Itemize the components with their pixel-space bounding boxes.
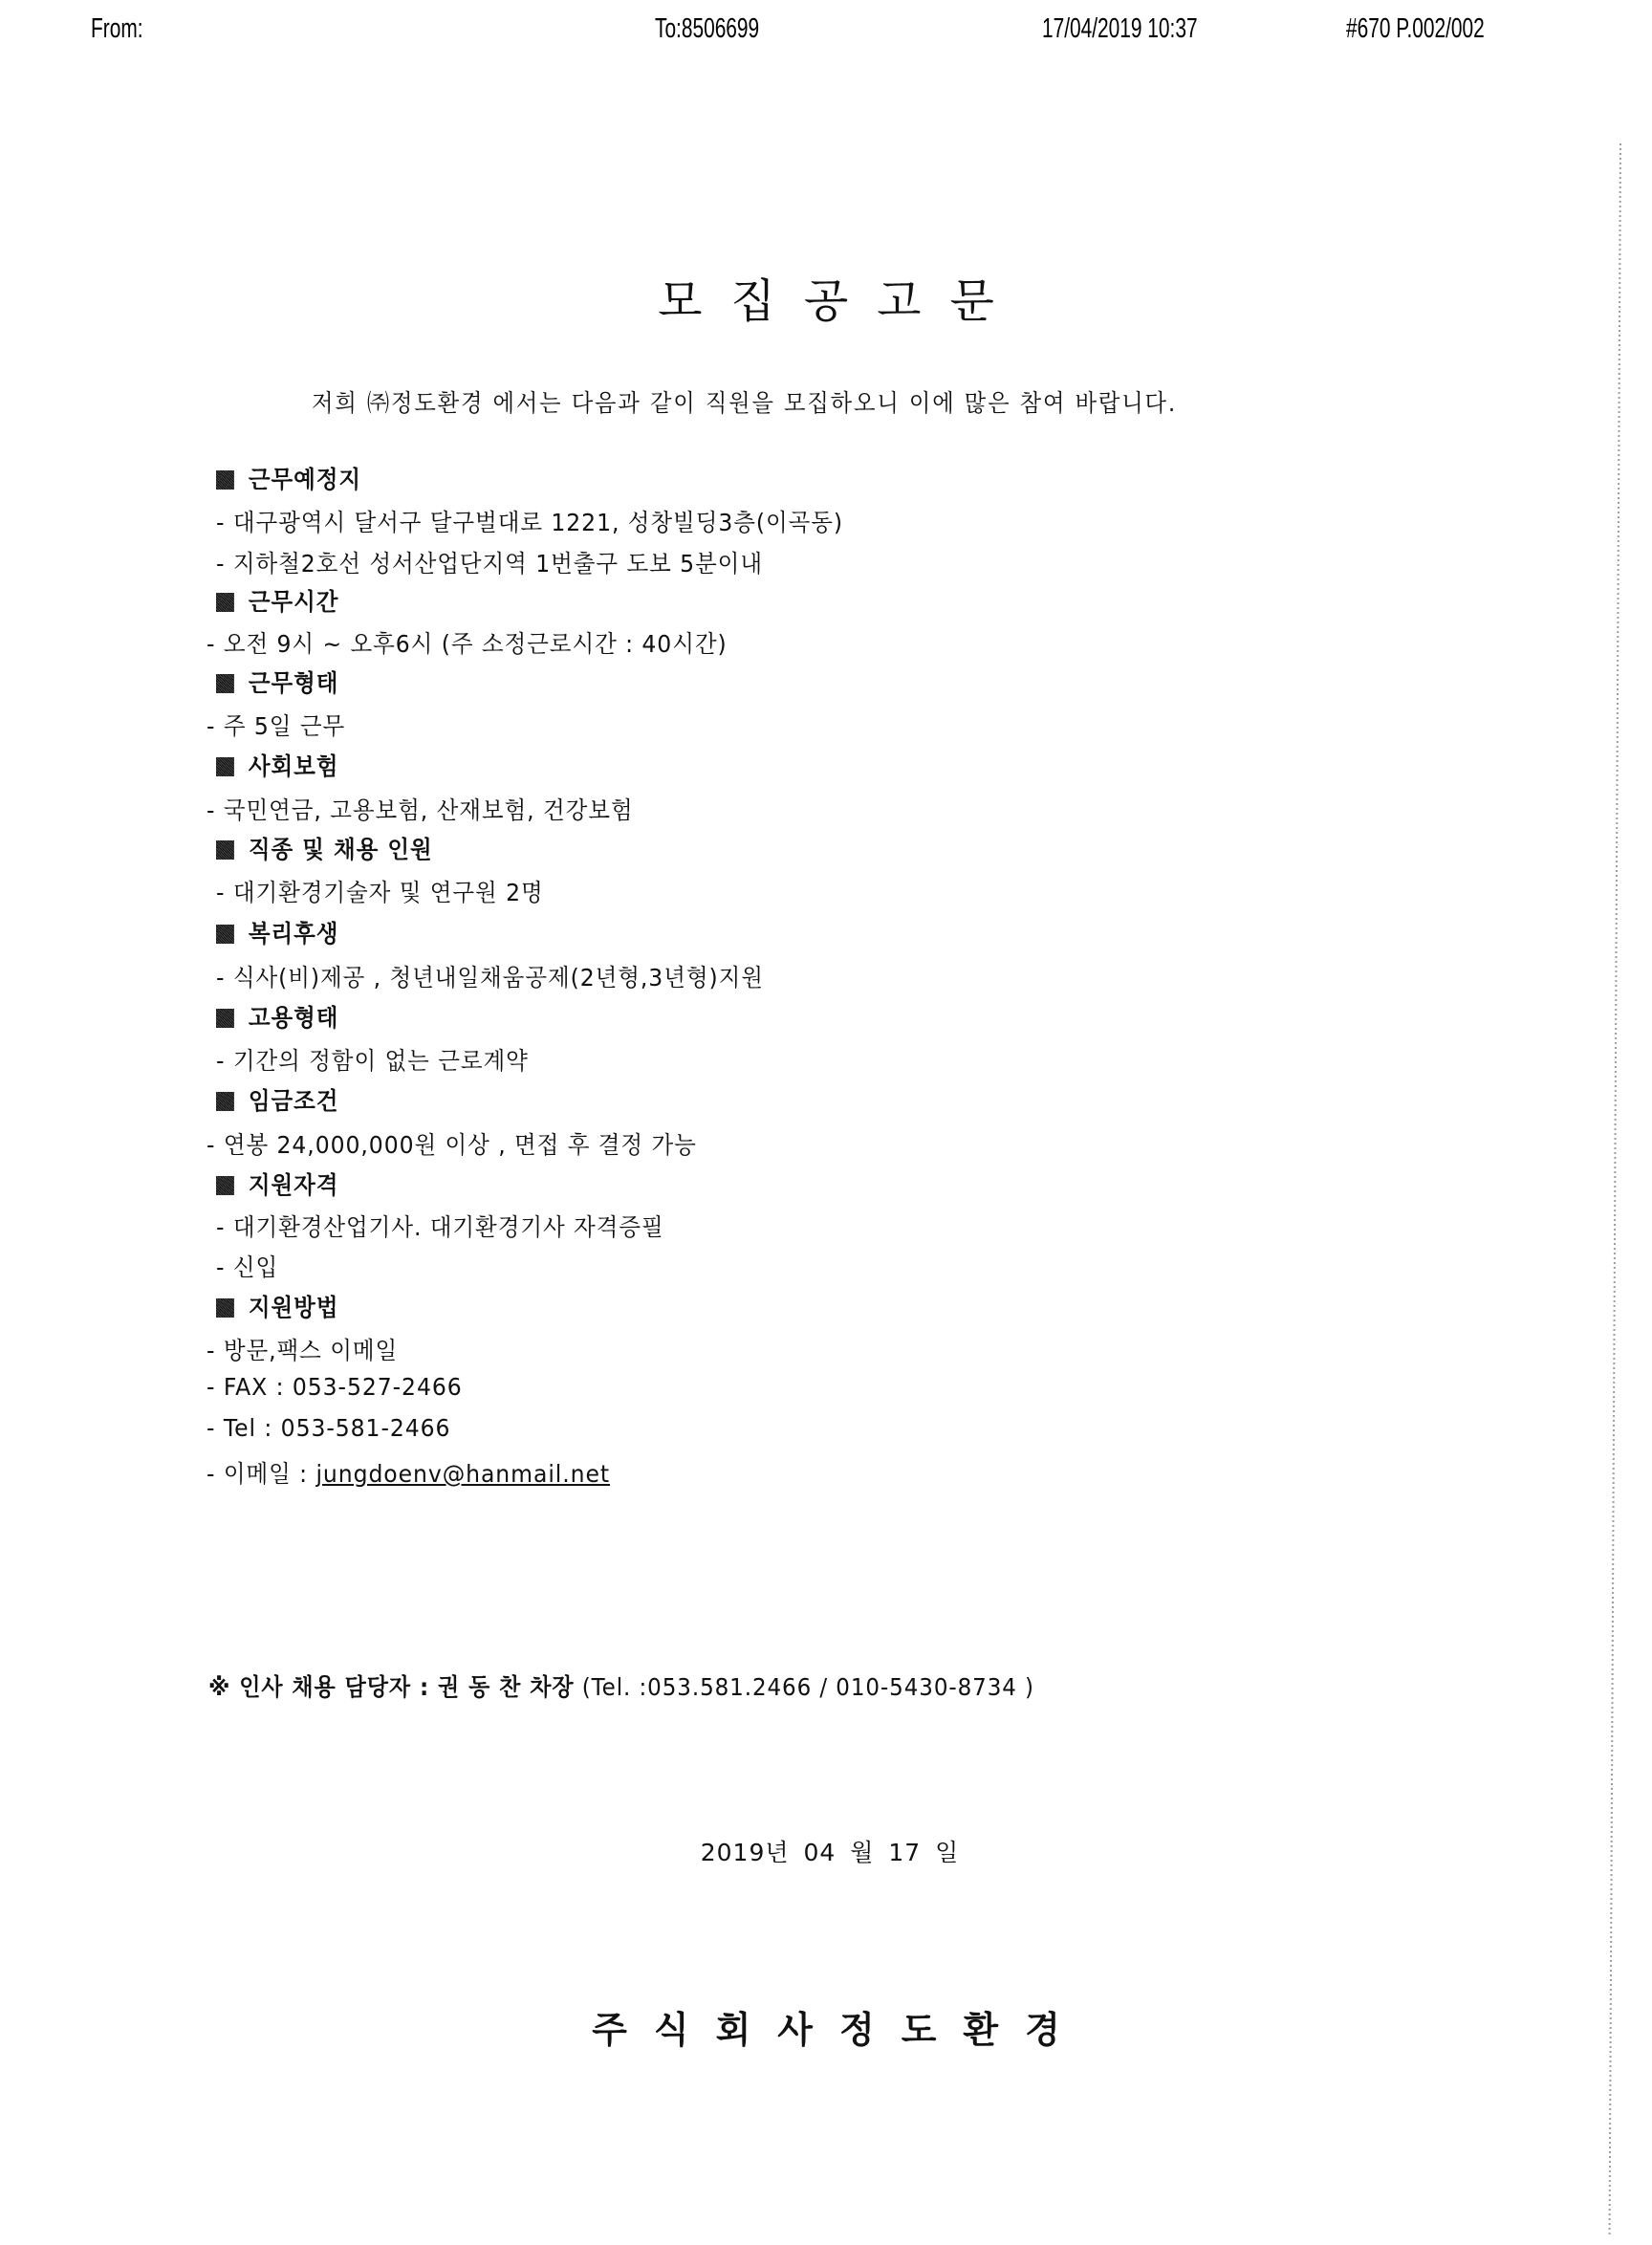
section-line: - 식사(비)제공 , 청년내일채움공제(2년형,3년형)지원 [216,959,764,993]
square-bullet-icon [216,1009,234,1028]
square-bullet-icon [216,840,234,860]
square-bullet-icon [216,1176,234,1195]
square-bullet-icon [216,1298,234,1318]
section-line: - 국민연금, 고용보험, 산재보험, 건강보험 [206,792,634,826]
fax-page-number: #670 P.002/002 [1346,13,1485,45]
section-heading-salary: 임금조건 [216,1082,338,1117]
section-line: - 대기환경기술자 및 연구원 2명 [216,874,544,908]
email-link[interactable]: jungdoenv@hanmail.net [315,1460,610,1488]
section-heading-label: 임금조건 [249,1087,339,1115]
square-bullet-icon [216,470,234,490]
section-line: - 주 5일 근무 [206,708,345,742]
company-name: 주식회사정도환경 [0,2000,1652,2053]
square-bullet-icon [216,757,234,776]
section-heading-label: 지원자격 [249,1171,339,1199]
scan-edge-line [1609,143,1621,2237]
section-heading-label: 지원방법 [249,1294,339,1321]
section-line: - 대기환경산업기사. 대기환경기사 자격증필 [216,1209,664,1243]
section-heading-qualifications: 지원자격 [216,1166,338,1201]
section-heading-employment-type: 고용형태 [216,999,338,1034]
section-heading-application-method: 지원방법 [216,1289,338,1323]
square-bullet-icon [216,593,234,612]
fax-from: From: [91,13,143,45]
section-heading-label: 고용형태 [249,1004,339,1032]
fax-datetime: 17/04/2019 10:37 [1042,13,1198,45]
document-title: 모집공고문 [0,264,1652,330]
section-heading-label: 직종 및 채용 인원 [249,836,433,863]
email-label: - 이메일 : [206,1460,315,1488]
fax-number-line: - FAX : 053-527-2466 [206,1373,463,1401]
hr-contact: ※ 인사 채용 담당자 : 권 동 찬 차장 (Tel. :053.581.24… [208,1668,1034,1703]
intro-text: 저희 ㈜정도환경 에서는 다음과 같이 직원을 모집하오니 이에 많은 참여 바… [312,384,1177,419]
section-heading-label: 근무시간 [249,588,339,616]
section-heading-label: 근무형태 [249,669,339,697]
square-bullet-icon [216,1092,234,1111]
section-line: - 연봉 24,000,000원 이상 , 면접 후 결정 가능 [206,1126,697,1161]
section-heading-label: 근무예정지 [249,466,361,493]
section-heading-work-hours: 근무시간 [216,583,338,618]
section-line: - 방문,팩스 이메일 [206,1332,398,1366]
square-bullet-icon [216,674,234,693]
square-bullet-icon [216,925,234,944]
section-heading-work-location: 근무예정지 [216,461,361,495]
section-line: - 지하철2호선 성서산업단지역 1번출구 도보 5분이내 [216,545,763,579]
document-date: 2019년 04 월 17 일 [0,1834,1652,1868]
hr-contact-phones: (Tel. :053.581.2466 / 010-5430-8734 ) [574,1673,1033,1701]
fax-header: From: To:8506699 17/04/2019 10:37 #670 P… [0,13,1652,52]
tel-number-line: - Tel : 053-581-2466 [206,1414,450,1442]
section-line: - 오전 9시 ~ 오후6시 (주 소정근로시간 : 40시간) [206,625,728,660]
section-heading-benefits: 복리후생 [216,915,338,949]
section-line: - 대구광역시 달서구 달구벌대로 1221, 성창빌딩3층(이곡동) [216,504,843,538]
section-heading-social-insurance: 사회보험 [216,748,338,782]
section-line: - 기간의 정함이 없는 근로계약 [216,1042,529,1077]
section-heading-label: 사회보험 [249,752,339,780]
section-heading-positions: 직종 및 채용 인원 [216,831,433,865]
hr-contact-label: ※ 인사 채용 담당자 : 권 동 찬 차장 [208,1673,574,1701]
section-line: - 신입 [216,1249,278,1283]
section-heading-label: 복리후생 [249,920,339,948]
email-line: - 이메일 : jungdoenv@hanmail.net [206,1455,610,1490]
section-heading-work-type: 근무형태 [216,665,338,699]
fax-to: To:8506699 [655,13,759,45]
